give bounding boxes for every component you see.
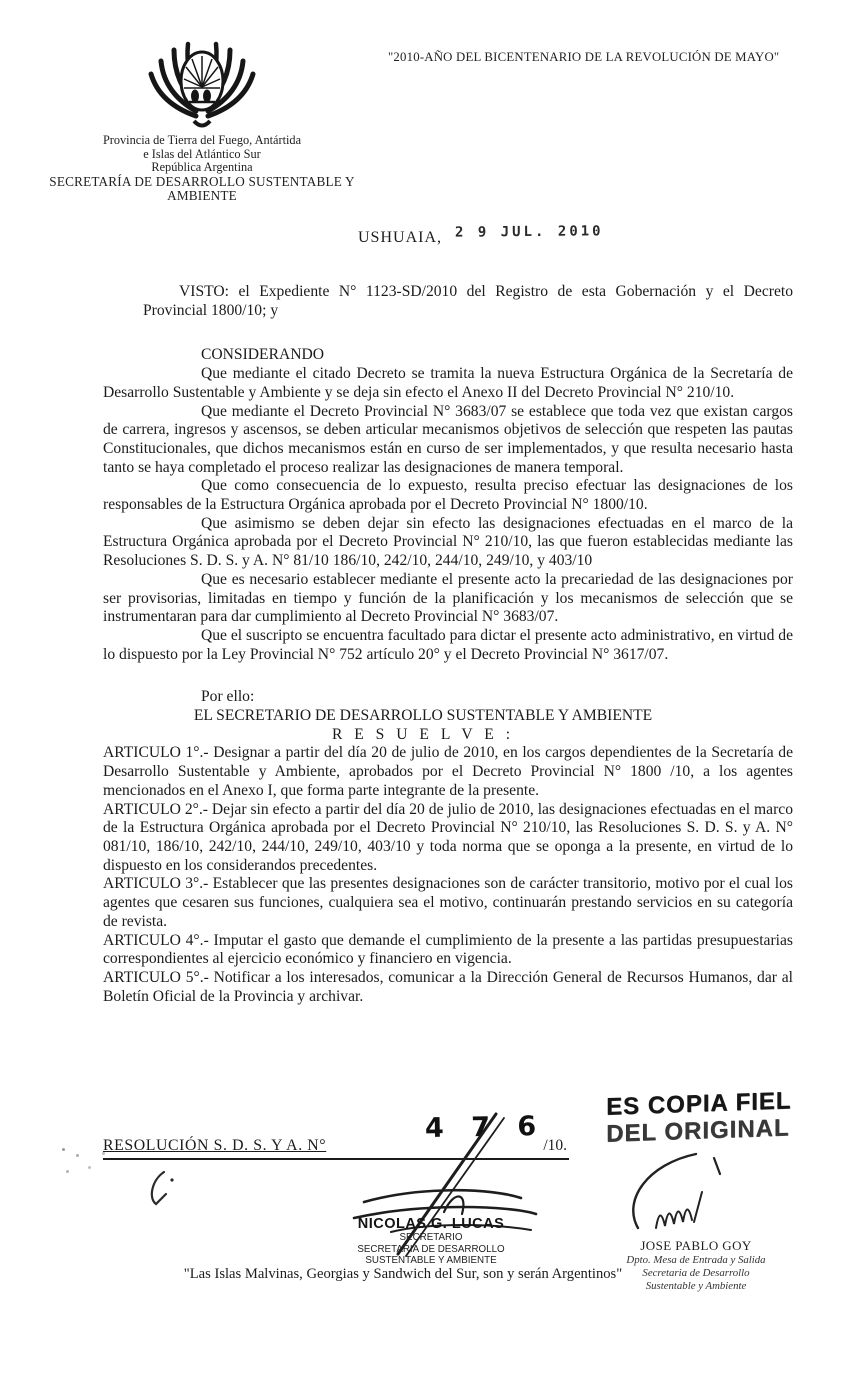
considerando-paragraph: Que como consecuencia de lo expuesto, re…	[103, 477, 793, 514]
articulo-paragraph: ARTICULO 1°.- Designar a partir del día …	[103, 744, 793, 800]
signatory-right-name: JOSE PABLO GOY	[598, 1238, 794, 1254]
por-ello: Por ello:	[201, 688, 793, 707]
scanned-resolution-page: "2010-AÑO DEL BICENTENARIO DE LA REVOLUC…	[0, 0, 850, 1400]
considerando-paragraph: Que es necesario establecer mediante el …	[103, 571, 793, 627]
articulo-paragraph: ARTICULO 2°.- Dejar sin efecto a partir …	[103, 801, 793, 876]
articulo-paragraph: ARTICULO 4°.- Imputar el gasto que deman…	[103, 932, 793, 969]
considerando-title: CONSIDERANDO	[201, 346, 793, 365]
resolution-label: RESOLUCIÓN S. D. S. Y A. N°	[103, 1137, 326, 1155]
considerando-paragraph: Que mediante el citado Decreto se tramit…	[103, 365, 793, 402]
considerando-paragraph: Que asimismo se deben dejar sin efecto l…	[103, 515, 793, 571]
year-slogan: "2010-AÑO DEL BICENTENARIO DE LA REVOLUC…	[388, 50, 818, 65]
copy-fidelity-stamp: ES COPIA FIEL DEL ORIGINAL	[606, 1086, 816, 1147]
tierra-del-fuego-coat-of-arms-icon	[141, 36, 263, 128]
dateline-city: USHUAIA,	[358, 229, 442, 247]
visto-paragraph: VISTO: el Expediente N° 1123-SD/2010 del…	[143, 283, 793, 320]
document-body: VISTO: el Expediente N° 1123-SD/2010 del…	[103, 283, 793, 1006]
handwritten-check-scribble-icon	[142, 1168, 194, 1216]
signatory-left-title: SUSTENTABLE Y AMBIENTE	[300, 1255, 562, 1267]
clerk-signature-scribble-icon	[614, 1148, 744, 1240]
footer-quote: "Las Islas Malvinas, Georgias y Sandwich…	[103, 1266, 703, 1283]
org-line-secretariat: SECRETARÍA DE DESARROLLO SUSTENTABLE Y	[42, 175, 362, 190]
articulo-paragraph: ARTICULO 3°.- Establecer que las present…	[103, 875, 793, 931]
considerando-paragraph: Que el suscripto se encuentra facultado …	[103, 627, 793, 664]
org-line-islands: e Islas del Atlántico Sur	[42, 148, 362, 162]
considerando-paragraph: Que mediante el Decreto Provincial N° 36…	[103, 403, 793, 478]
org-line-province: Provincia de Tierra del Fuego, Antártida	[42, 134, 362, 148]
signatory-left-block: NICOLAS G. LUCAS SECRETARIO SECRETARIA D…	[300, 1216, 562, 1267]
articulo-paragraph: ARTICULO 5°.- Notificar a los interesado…	[103, 969, 793, 1006]
org-line-republic: República Argentina	[42, 161, 362, 175]
org-line-ambiente: AMBIENTE	[42, 189, 362, 204]
resuelve-org-heading: EL SECRETARIO DE DESARROLLO SUSTENTABLE …	[103, 707, 743, 726]
signatory-left-name: NICOLAS G. LUCAS	[300, 1216, 562, 1232]
signatory-left-title: SECRETARIO	[300, 1232, 562, 1244]
date-stamp: 2 9 JUL. 2010	[455, 223, 604, 240]
signatory-left-title: SECRETARIA DE DESARROLLO	[300, 1244, 562, 1256]
scan-speckles	[62, 1148, 65, 1151]
letterhead: Provincia de Tierra del Fuego, Antártida…	[42, 36, 362, 204]
resuelve-word: R E S U E L V E :	[103, 726, 743, 745]
